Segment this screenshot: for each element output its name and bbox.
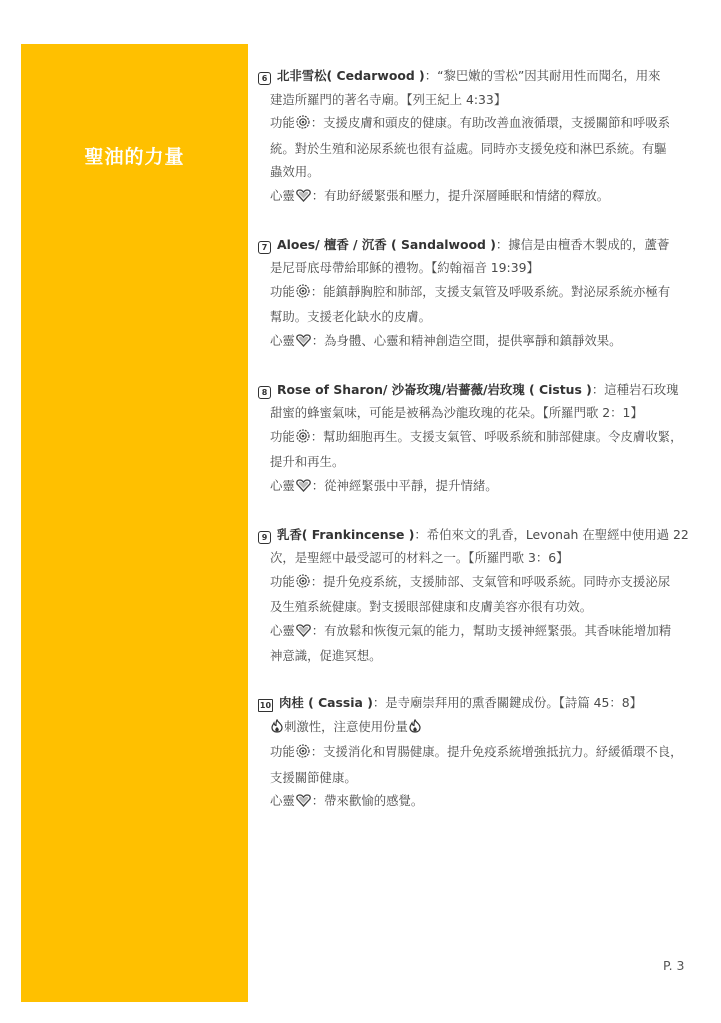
section-heading: 6北非雪松( Cedarwood )：“黎巴嫩的雪松”因其耐用性而聞名，用來: [258, 64, 686, 88]
spirit-label: 心靈: [270, 478, 295, 493]
heading-description: ：是寺廟崇拜用的熏香關鍵成份。【詩篇 45：8】: [373, 695, 642, 710]
function-line: 及生殖系統健康。對支援眼部健康和皮膚美容亦很有功效。: [258, 595, 686, 619]
function-line: 功能：支援消化和胃腸健康。提升免疫系統增強抵抗力。紓緩循環不良，: [258, 740, 686, 766]
number-icon: 6: [258, 72, 271, 85]
heart-icon: [296, 621, 311, 645]
function-text: 及生殖系統健康。對支援眼部健康和皮膚美容亦很有功效。: [270, 599, 592, 614]
oil-section: 6北非雪松( Cedarwood )：“黎巴嫩的雪松”因其耐用性而聞名，用來建造…: [258, 64, 686, 209]
side-panel: 聖油的力量: [21, 44, 248, 1002]
function-label: 功能: [270, 574, 295, 589]
heart-icon: [296, 331, 311, 355]
oil-section: 9乳香( Frankincense )：希伯來文的乳香，Levonah 在聖經中…: [258, 523, 686, 668]
intro-line: 建造所羅門的著名寺廟。【列王紀上 4:33】: [258, 88, 686, 112]
function-text: 統。對於生殖和泌尿系統也很有益處。同時亦支援免疫和淋巴系統。有驅: [270, 141, 667, 156]
spirit-line: 心靈：有放鬆和恢復元氣的能力，幫助支援神經緊張。其香味能增加精: [258, 619, 686, 645]
spirit-line: 心靈：有助紓緩緊張和壓力，提升深層睡眠和情緒的釋放。: [258, 184, 686, 210]
gear-icon: [296, 572, 310, 596]
function-text: 支援關節健康。: [270, 770, 357, 785]
heart-icon: [296, 791, 311, 815]
heading-description: ：這種岩石玫瑰: [592, 382, 679, 397]
function-text: 蟲效用。: [270, 164, 320, 179]
spirit-text: ：有放鬆和恢復元氣的能力，幫助支援神經緊張。其香味能增加精: [312, 623, 671, 638]
number-icon: 9: [258, 531, 271, 544]
heading-description: ：“黎巴嫩的雪松”因其耐用性而聞名，用來: [425, 68, 661, 83]
function-line: 功能：能鎮靜胸腔和肺部，支援支氣管及呼吸系統。對泌尿系統亦極有: [258, 280, 686, 306]
section-heading: 10肉桂 ( Cassia )：是寺廟崇拜用的熏香關鍵成份。【詩篇 45：8】: [258, 691, 686, 715]
spirit-label: 心靈: [270, 188, 295, 203]
spirit-text: ：從神經緊張中平靜，提升情緒。: [312, 478, 498, 493]
spirit-line: 心靈：從神經緊張中平靜，提升情緒。: [258, 474, 686, 500]
function-line: 功能：支援皮膚和頭皮的健康。有助改善血液循環，支援關節和呼吸系: [258, 111, 686, 137]
number-icon: 10: [258, 699, 273, 712]
gear-icon: [296, 427, 310, 451]
function-line: 幫助。支援老化缺水的皮膚。: [258, 305, 686, 329]
function-line: 蟲效用。: [258, 160, 686, 184]
section-heading: 8Rose of Sharon/ 沙崙玫瑰/岩薔薇/岩玫瑰 ( Cistus )…: [258, 378, 686, 402]
section-heading: 7Aloes/ 檀香 / 沉香 ( Sandalwood )：據信是由檀香木製成…: [258, 233, 686, 257]
function-label: 功能: [270, 284, 295, 299]
intro-line: 甜蜜的蜂蜜氣味，可能是被稱為沙龍玫瑰的花朵。【所羅門歌 2：1】: [258, 401, 686, 425]
page-number: P. 3: [663, 958, 685, 973]
heart-icon: [296, 186, 311, 210]
heading-description: ：據信是由檀香木製成的，蘆薈: [496, 237, 669, 252]
gear-icon: [296, 282, 310, 306]
gear-icon: [296, 113, 310, 137]
warning-text: 刺激性，注意使用份量: [284, 719, 408, 734]
oil-name: Rose of Sharon/ 沙崙玫瑰/岩薔薇/岩玫瑰 ( Cistus ): [277, 382, 592, 397]
number-icon: 8: [258, 386, 271, 399]
spirit-line: 心靈：帶來歡愉的感覺。: [258, 789, 686, 815]
oil-section: 8Rose of Sharon/ 沙崙玫瑰/岩薔薇/岩玫瑰 ( Cistus )…: [258, 378, 686, 500]
spirit-label: 心靈: [270, 793, 295, 808]
function-text: ：支援皮膚和頭皮的健康。有助改善血液循環，支援關節和呼吸系: [311, 115, 670, 130]
spirit-line: 心靈：為身體、心靈和精神創造空間，提供寧靜和鎮靜效果。: [258, 329, 686, 355]
spirit-text: ：為身體、心靈和精神創造空間，提供寧靜和鎮靜效果。: [312, 333, 622, 348]
spirit-label: 心靈: [270, 623, 295, 638]
fire-icon: [271, 717, 283, 741]
content: 6北非雪松( Cedarwood )：“黎巴嫩的雪松”因其耐用性而聞名，用來建造…: [258, 64, 686, 838]
oil-section: 10肉桂 ( Cassia )：是寺廟崇拜用的熏香關鍵成份。【詩篇 45：8】刺…: [258, 691, 686, 815]
section-heading: 9乳香( Frankincense )：希伯來文的乳香，Levonah 在聖經中…: [258, 523, 686, 547]
spirit-text: ：帶來歡愉的感覺。: [312, 793, 424, 808]
oil-section: 7Aloes/ 檀香 / 沉香 ( Sandalwood )：據信是由檀香木製成…: [258, 233, 686, 355]
function-label: 功能: [270, 115, 295, 130]
function-text: 提升和再生。: [270, 454, 344, 469]
function-text: 幫助。支援老化缺水的皮膚。: [270, 309, 431, 324]
function-text: ：幫助細胞再生。支援支氣管、呼吸系統和肺部健康。令皮膚收緊，: [311, 429, 683, 444]
warning-line: 刺激性，注意使用份量: [258, 715, 686, 741]
fire-icon: [409, 717, 421, 741]
function-line: 提升和再生。: [258, 450, 686, 474]
page-title: 聖油的力量: [21, 142, 248, 169]
function-line: 功能：幫助細胞再生。支援支氣管、呼吸系統和肺部健康。令皮膚收緊，: [258, 425, 686, 451]
spirit-label: 心靈: [270, 333, 295, 348]
function-label: 功能: [270, 744, 295, 759]
function-line: 功能：提升免疫系統，支援肺部、支氣管和呼吸系統。同時亦支援泌尿: [258, 570, 686, 596]
oil-name: 乳香( Frankincense ): [277, 527, 414, 542]
function-text: ：能鎮靜胸腔和肺部，支援支氣管及呼吸系統。對泌尿系統亦極有: [311, 284, 670, 299]
heart-icon: [296, 476, 311, 500]
oil-name: 北非雪松( Cedarwood ): [277, 68, 425, 83]
oil-name: Aloes/ 檀香 / 沉香 ( Sandalwood ): [277, 237, 496, 252]
heading-description: ：希伯來文的乳香，Levonah 在聖經中使用過 22: [414, 527, 688, 542]
function-label: 功能: [270, 429, 295, 444]
intro-line: 次，是聖經中最受認可的材料之一。【所羅門歌 3：6】: [258, 546, 686, 570]
gear-icon: [296, 742, 310, 766]
function-line: 統。對於生殖和泌尿系統也很有益處。同時亦支援免疫和淋巴系統。有驅: [258, 137, 686, 161]
function-text: ：提升免疫系統，支援肺部、支氣管和呼吸系統。同時亦支援泌尿: [311, 574, 670, 589]
spirit-line: 神意識，促進冥想。: [258, 644, 686, 668]
spirit-text: 神意識，促進冥想。: [270, 648, 382, 663]
function-text: ：支援消化和胃腸健康。提升免疫系統增強抵抗力。紓緩循環不良，: [311, 744, 683, 759]
oil-name: 肉桂 ( Cassia ): [279, 695, 373, 710]
number-icon: 7: [258, 241, 271, 254]
function-line: 支援關節健康。: [258, 766, 686, 790]
spirit-text: ：有助紓緩緊張和壓力，提升深層睡眠和情緒的釋放。: [312, 188, 609, 203]
intro-line: 是尼哥底母帶給耶穌的禮物。【約翰福音 19:39】: [258, 256, 686, 280]
